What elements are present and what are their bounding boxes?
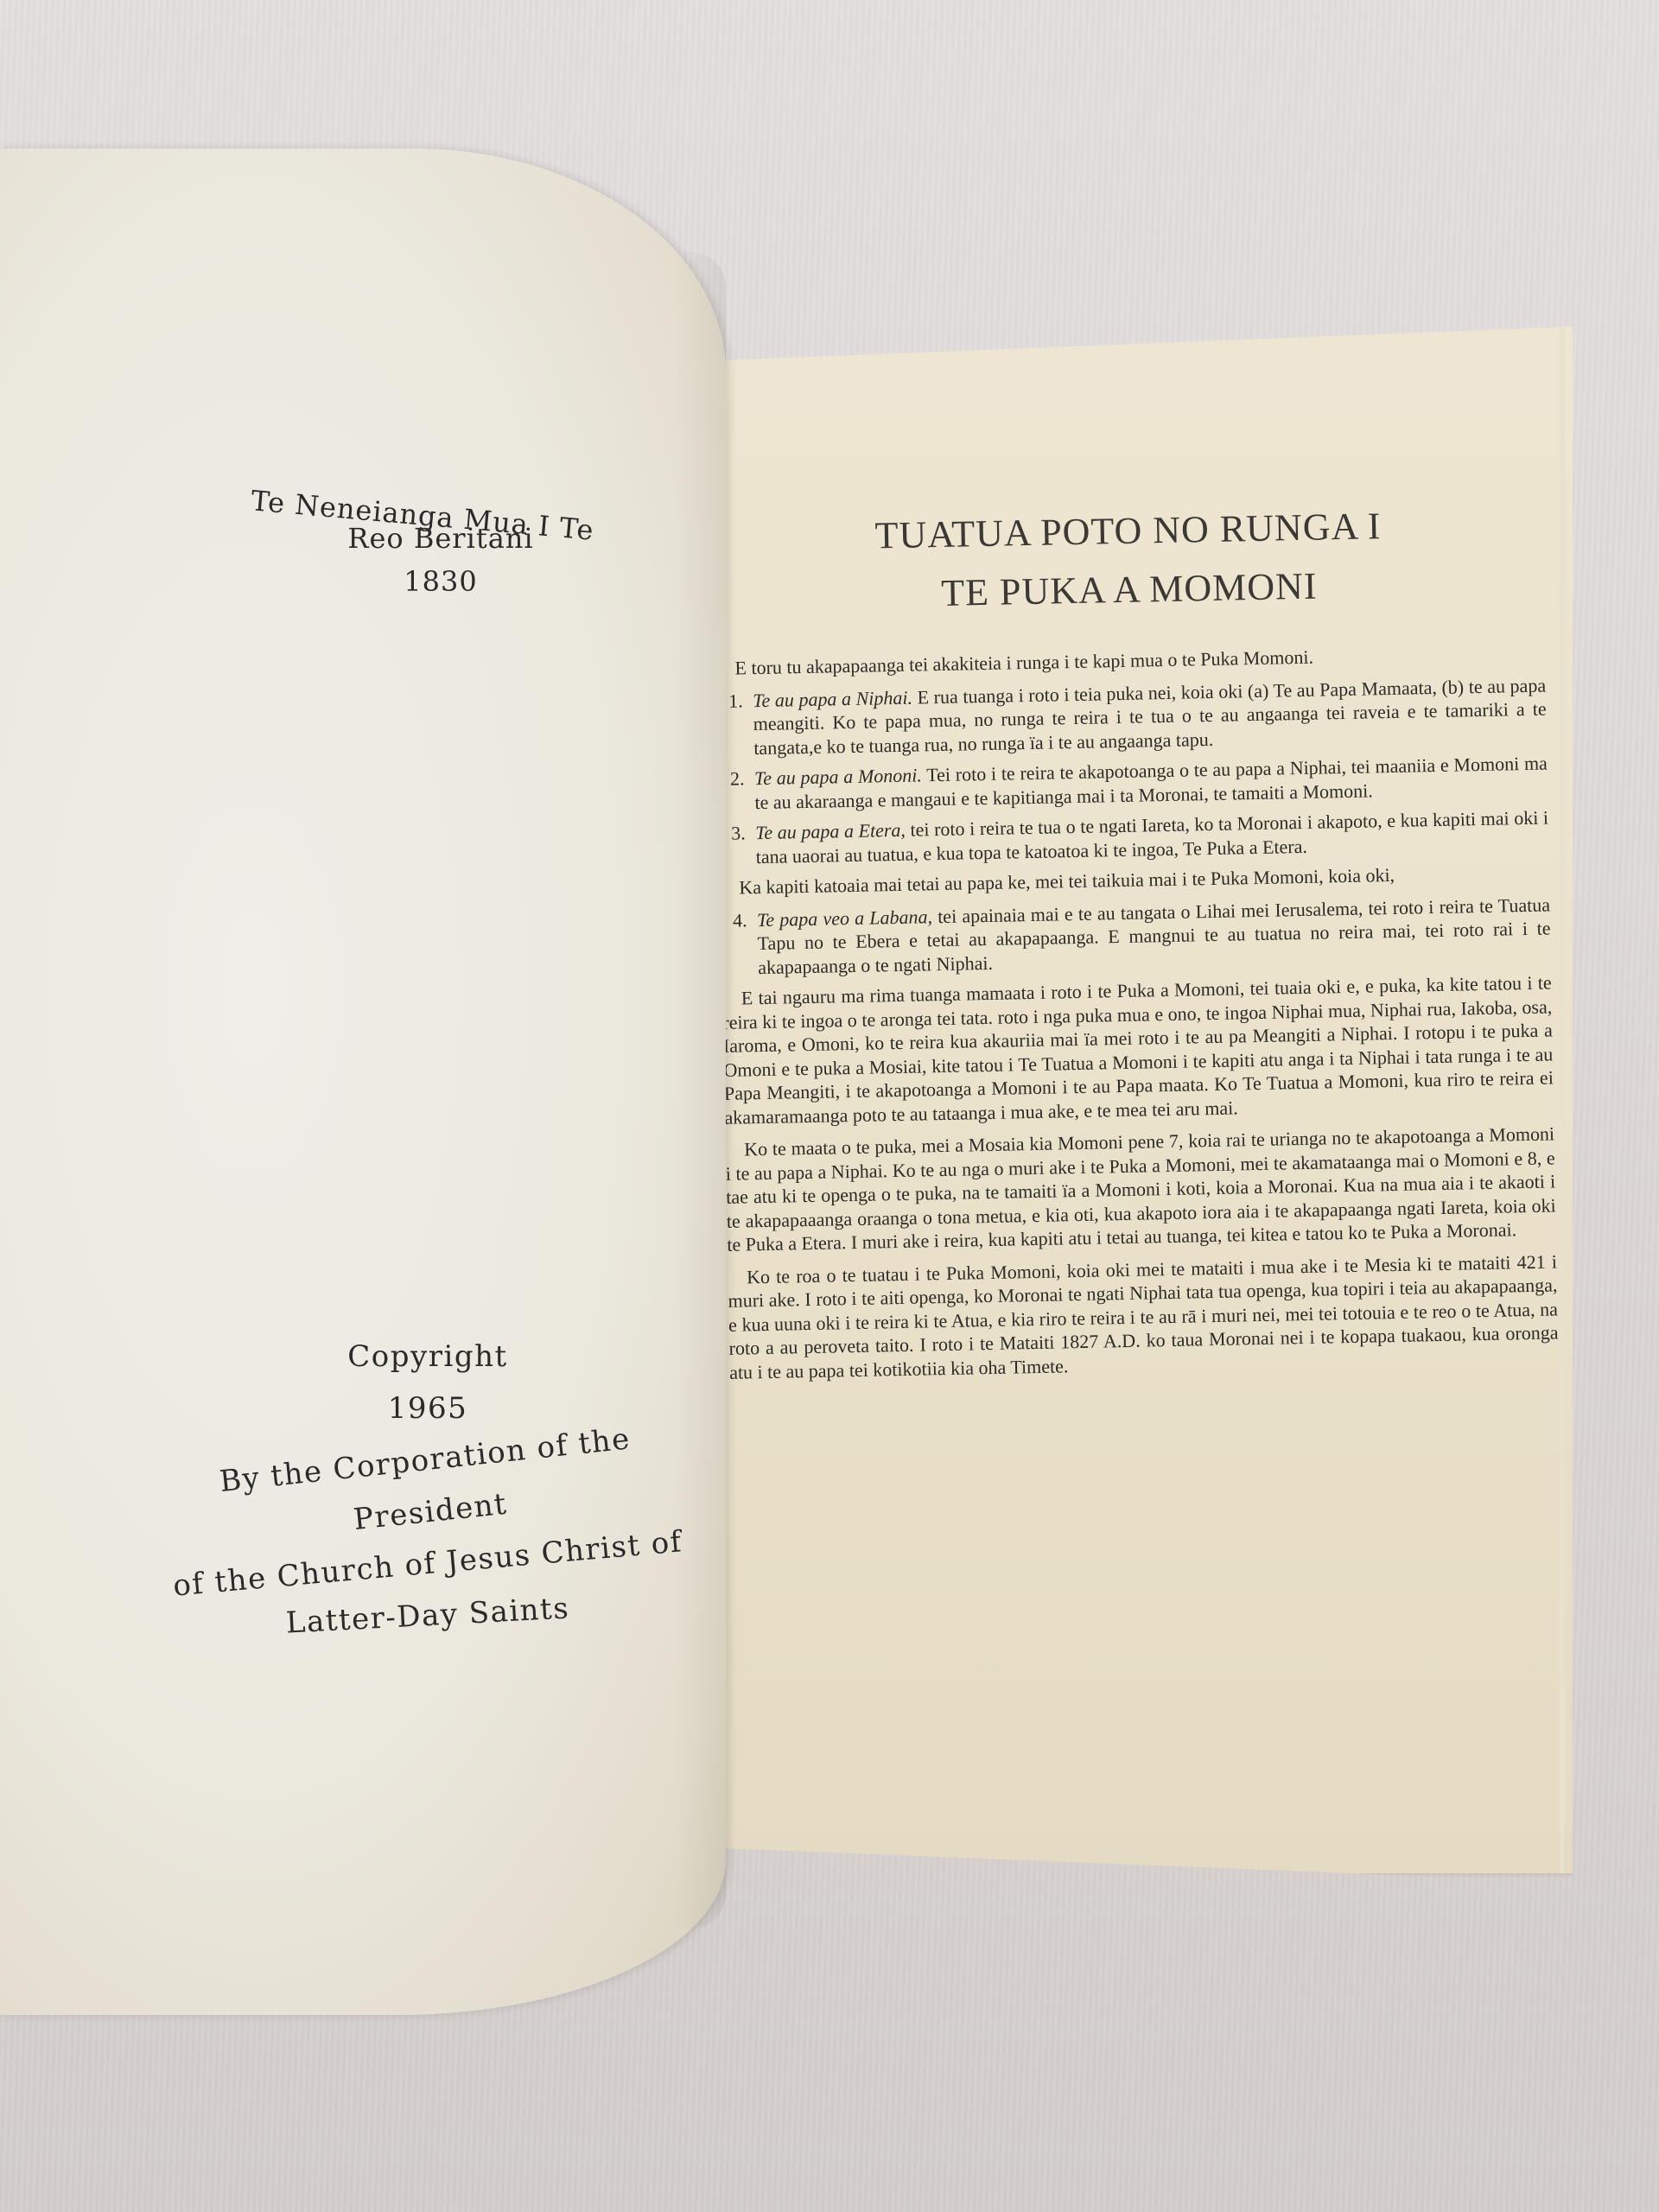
paragraph-5: Ko te roa o te tuatau i te Puka Momoni, … (728, 1249, 1559, 1384)
intro-paragraph: E toru tu akapapaanga tei akakiteia i ru… (715, 641, 1545, 681)
edition-note: Te Neneianga Mua I Te Reo Beritani 1830 (225, 474, 657, 603)
left-page (0, 149, 726, 2015)
list-item-title: Te au papa a Mononi. (754, 764, 922, 789)
right-page-content: TUATUA POTO NO RUNGA I TE PUKA A MOMONI … (713, 494, 1559, 1393)
list-item: 3. Te au papa a Etera, tei roto i reira … (731, 806, 1549, 869)
list-number: 2. (730, 766, 755, 815)
list-number: 4. (733, 908, 759, 980)
list-item-title: Te au papa a Niphai. (753, 686, 912, 711)
list-item-title: Te papa veo a Labana, (757, 906, 932, 931)
list-item: 1. Te au papa a Niphai. E rua tuanga i r… (728, 673, 1547, 760)
copyright-notice: Copyright 1965 By the Corporation of the… (147, 1331, 709, 1642)
list-item: 4. Te papa veo a Labana, tei apainaia ma… (733, 893, 1551, 980)
list-number: 1. (728, 689, 754, 760)
copyright-label: Copyright (147, 1331, 709, 1382)
list-item-title: Te au papa a Etera, (755, 819, 906, 843)
page-heading: TUATUA POTO NO RUNGA I TE PUKA A MOMONI (713, 494, 1544, 627)
paragraph-3: E tai ngauru ma rima tuanga mamaata i ro… (722, 970, 1554, 1128)
paragraph-4: Ko te maata o te puka, mei a Mosaia kia … (725, 1122, 1556, 1256)
edition-year: 1830 (225, 560, 657, 603)
list-number: 3. (731, 821, 756, 869)
list-item: 2. Te au papa a Mononi. Tei roto i te re… (730, 752, 1548, 815)
